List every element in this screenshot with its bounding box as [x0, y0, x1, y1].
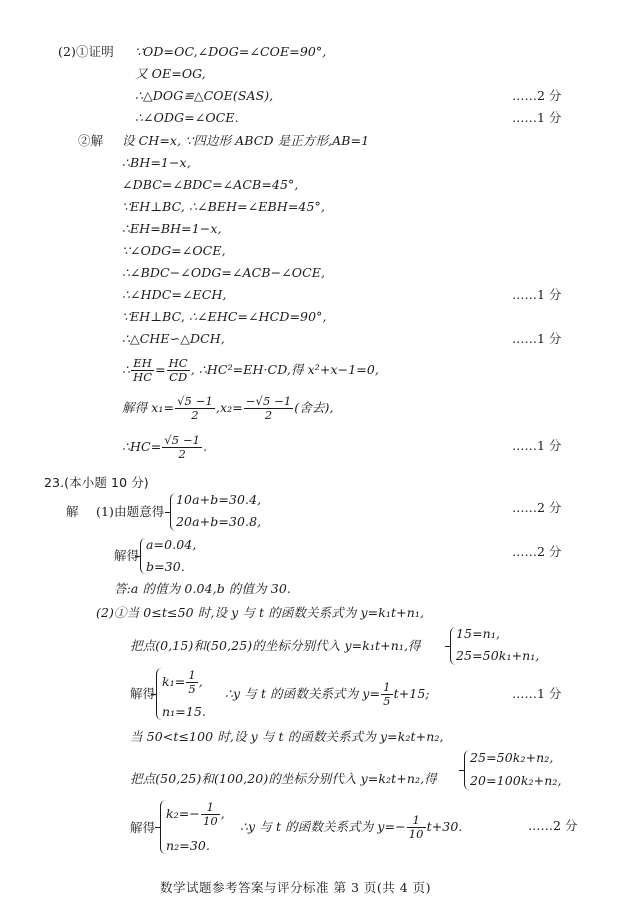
score-1pt: ……1 分 [512, 438, 561, 454]
conclusion2-prefix: ∴y 与 t 的函数关系式为 y=− [240, 819, 406, 834]
system4-eq1: k₁=15, [162, 668, 203, 696]
solve-line-5: ∴EH=BH=1−x, [122, 221, 222, 237]
fraction-numerator: 1 [381, 681, 392, 695]
fraction-hc: √5 −12 [162, 434, 202, 461]
solve-line-3: ∠DBC=∠BDC=∠ACB=45°, [122, 177, 298, 193]
fraction-denominator: 2 [175, 409, 215, 422]
hc-suffix: . [203, 439, 207, 454]
fraction-numerator: 1 [201, 801, 220, 815]
system3-eq1: 15=n₁, [456, 626, 500, 642]
score-1pt: ……1 分 [512, 287, 561, 303]
system5-eq1: 25=50k₂+n₂, [470, 750, 553, 766]
hc-prefix: ∴HC= [122, 439, 161, 454]
k1-prefix: k₁= [162, 674, 185, 689]
conclusion1-suffix: t+15; [394, 686, 430, 701]
fraction-root-1: √5 −12 [175, 395, 215, 422]
hc-result-line: ∴HC=√5 −12. [122, 431, 207, 463]
score-1pt: ……1 分 [512, 110, 561, 126]
fraction-one-tenth: 110 [407, 814, 426, 841]
q23-answer: 答:a 的值为 0.04,b 的值为 30. [114, 581, 291, 597]
k2-suffix: , [221, 806, 225, 821]
system2-eq1: a=0.04, [146, 537, 196, 553]
page-footer: 数学试题参考答案与评分标准 第 3 页(共 4 页) [160, 878, 431, 896]
therefore-symbol: ∴ [122, 362, 130, 377]
fraction-denominator: HC [131, 371, 154, 384]
system3-eq2: 25=50k₁+n₁, [456, 648, 539, 664]
fraction-denominator: 5 [186, 683, 197, 696]
solve-line-9: ∵EH⊥BC, ∴∠EHC=∠HCD=90°, [122, 309, 327, 325]
equals-sign: = [155, 362, 166, 377]
fraction-one-fifth: 15 [186, 669, 197, 696]
score-2pts: ……2 分 [528, 818, 577, 834]
solve-line-1: 设 CH=x, ∵四边形 ABCD 是正方形,AB=1 [122, 133, 369, 149]
solve-line-7: ∴∠BDC−∠ODG=∠ACB−∠OCE, [122, 265, 325, 281]
part2-line-1: (2)①当 0≤t≤50 时,设 y 与 t 的函数关系式为 y=k₁t+n₁, [96, 605, 424, 621]
solve-label: ②解 [78, 133, 103, 149]
fraction-numerator: 1 [407, 814, 426, 828]
proof-line-1: ∵OD=OC,∠DOG=∠COE=90°, [135, 44, 326, 60]
roots-prefix: 解得 x₁= [122, 400, 174, 415]
fraction-denominator: CD [167, 371, 190, 384]
fraction-numerator: √5 −1 [175, 395, 215, 409]
fraction-numerator: −√5 −1 [244, 395, 294, 409]
fraction-denominator: 5 [381, 695, 392, 708]
q23-solve-label: 解 [66, 504, 79, 520]
roots-separator: ,x₂= [216, 400, 243, 415]
conclusion1-prefix: ∴y 与 t 的函数关系式为 y= [225, 686, 380, 701]
fraction-hc-cd: HCCD [167, 357, 190, 384]
fraction-numerator: 1 [186, 669, 197, 683]
conclusion2-suffix: t+30. [427, 819, 463, 834]
proof-line-2: 又 OE=OG, [135, 66, 206, 82]
solve-line-8: ∴∠HDC=∠ECH, [122, 287, 227, 303]
fraction-one-fifth: 15 [381, 681, 392, 708]
fraction-numerator: EH [131, 357, 154, 371]
k1-suffix: , [199, 674, 203, 689]
system2-eq2: b=30. [146, 559, 185, 575]
proof-line-3: ∴△DOG≌△COE(SAS), [135, 88, 273, 104]
score-1pt: ……1 分 [512, 331, 561, 347]
score-2pts: ……2 分 [512, 88, 561, 104]
system6-eq1: k₂=−110, [166, 800, 225, 828]
solved-label-3: 解得 [130, 820, 155, 836]
system1-eq2: 20a+b=30.8, [176, 514, 261, 530]
fraction-numerator: HC [167, 357, 190, 371]
conclusion-2: ∴y 与 t 的函数关系式为 y=−110t+30. [240, 812, 462, 842]
system6-eq2: n₂=30. [166, 838, 210, 854]
answer-key-page: (2)①证明 ∵OD=OC,∠DOG=∠COE=90°, 又 OE=OG, ∴△… [0, 0, 640, 900]
system5-eq2: 20=100k₂+n₂, [470, 773, 562, 789]
roots-suffix: (舍去), [294, 400, 333, 415]
fraction-root-2: −√5 −12 [244, 395, 294, 422]
q23-part1-label: (1)由题意得 [96, 504, 164, 520]
fraction-one-tenth: 110 [201, 801, 220, 828]
fraction-numerator: √5 −1 [162, 434, 202, 448]
solve-line-2: ∴BH=1−x, [122, 155, 191, 171]
part2-line-3: 当 50<t≤100 时,设 y 与 t 的函数关系式为 y=k₂t+n₂, [130, 729, 444, 745]
ratio-line: ∴EHHC=HCCD, ∴HC²=EH·CD,得 x²+x−1=0, [122, 355, 379, 385]
score-1pt: ……1 分 [512, 686, 561, 702]
question-23-title: 23.(本小题 10 分) [44, 475, 149, 491]
part2-line-4: 把点(50,25)和(100,20)的坐标分别代入 y=k₂t+n₂,得 [130, 771, 437, 787]
fraction-denominator: 10 [407, 828, 426, 841]
k2-prefix: k₂=− [166, 806, 200, 821]
solve-line-4: ∵EH⊥BC, ∴∠BEH=∠EBH=45°, [122, 199, 325, 215]
roots-line: 解得 x₁=√5 −12,x₂=−√5 −12(舍去), [122, 392, 334, 424]
fraction-denominator: 2 [244, 409, 294, 422]
ratio-conclusion: , ∴HC²=EH·CD,得 x²+x−1=0, [191, 362, 379, 377]
system4-eq2: n₁=15. [162, 704, 206, 720]
fraction-denominator: 10 [201, 815, 220, 828]
score-2pts: ……2 分 [512, 500, 561, 516]
solve-line-6: ∵∠ODG=∠OCE, [122, 243, 226, 259]
score-2pts: ……2 分 [512, 544, 561, 560]
proof-label: (2)①证明 [58, 44, 114, 60]
fraction-eh-hc: EHHC [131, 357, 154, 384]
solve-line-10: ∴△CHE∽△DCH, [122, 331, 225, 347]
system1-eq1: 10a+b=30.4, [176, 492, 261, 508]
fraction-denominator: 2 [162, 448, 202, 461]
conclusion-1: ∴y 与 t 的函数关系式为 y=15t+15; [225, 679, 430, 709]
part2-line-2: 把点(0,15)和(50,25)的坐标分别代入 y=k₁t+n₁,得 [130, 638, 421, 654]
proof-line-4: ∴∠ODG=∠OCE. [135, 110, 239, 126]
